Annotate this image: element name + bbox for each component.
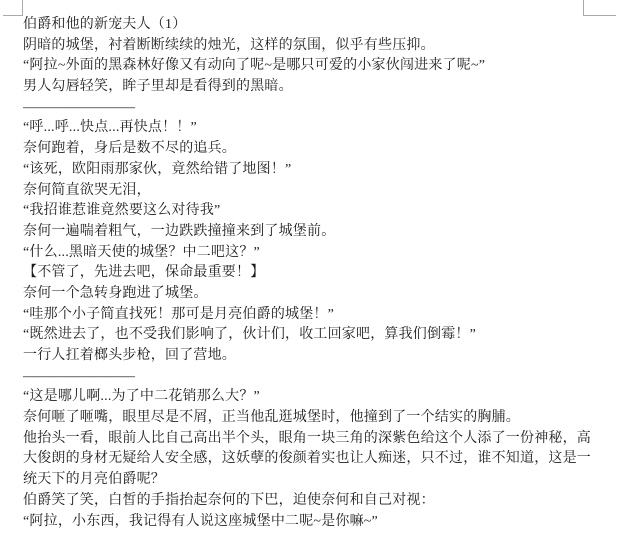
text-line[interactable]: “呼...呼...快点...再快点！！” — [23, 118, 598, 139]
text-line[interactable]: 他抬头一看，眼前人比自己高出半个头，眼角一块三角的深紫色给这个人添了一份神秘，高 — [23, 429, 598, 450]
text-line[interactable]: 阴暗的城堡，衬着断断续续的烛光，这样的氛围，似乎有些压抑。 — [23, 36, 598, 57]
text-line[interactable]: “阿拉，小东西，我记得有人说这座城堡中二呢~是你嘛~” — [23, 512, 598, 533]
margin-crop-mark-top-left-horizontal — [3, 15, 23, 16]
text-line[interactable]: 奈何一个急转身跑进了城堡。 — [23, 284, 598, 305]
text-line[interactable]: “该死，欧阳雨那家伙，竟然给错了地图！” — [23, 160, 598, 181]
text-line[interactable]: 奈何跑着，身后是数不尽的追兵。 — [23, 139, 598, 160]
section-separator[interactable]: ———————— — [23, 367, 598, 388]
text-line[interactable]: 【不管了，先进去吧，保命最重要！】 — [23, 263, 598, 284]
text-line[interactable]: 男人勾唇轻笑，眸子里却是看得到的黑暗。 — [23, 77, 598, 98]
text-line[interactable]: 奈何一遍喘着粗气，一边跌跌撞撞来到了城堡前。 — [23, 222, 598, 243]
text-line[interactable]: “哇那个小子简直找死！那可是月亮伯爵的城堡！” — [23, 305, 598, 326]
margin-crop-mark-top-right-vertical — [583, 0, 584, 15]
margin-crop-mark-top-left-vertical — [22, 0, 23, 15]
text-line[interactable]: “这是哪儿啊...为了中二花销那么大？” — [23, 387, 598, 408]
text-line[interactable]: 统天下的月亮伯爵呢？ — [23, 470, 598, 491]
text-line[interactable]: 奈何咂了咂嘴，眼里尽是不屑，正当他乱逛城堡时，他撞到了一个结实的胸脯。 — [23, 408, 598, 429]
chapter-title[interactable]: 伯爵和他的新宠夫人（1） — [23, 15, 598, 36]
text-line[interactable]: “我招谁惹谁竟然要这么对待我” — [23, 201, 598, 222]
text-line[interactable]: 伯爵笑了笑，白皙的手指抬起奈何的下巴，迫使奈何和自己对视： — [23, 491, 598, 512]
text-line[interactable]: “阿拉~外面的黑森林好像又有动向了呢~是哪只可爱的小家伙闯进来了呢~” — [23, 56, 598, 77]
text-line[interactable]: 一行人扛着榔头步枪，回了营地。 — [23, 346, 598, 367]
document-text-area[interactable]: 伯爵和他的新宠夫人（1） 阴暗的城堡，衬着断断续续的烛光，这样的氛围，似乎有些压… — [23, 15, 598, 532]
text-line[interactable]: 奈何简直欲哭无泪， — [23, 181, 598, 202]
section-separator[interactable]: ———————— — [23, 98, 598, 119]
text-line[interactable]: “什么...黑暗天使的城堡？中二吧这？” — [23, 243, 598, 264]
text-line[interactable]: “既然进去了，也不受我们影响了，伙计们，收工回家吧，算我们倒霉！” — [23, 325, 598, 346]
text-line[interactable]: 大俊朗的身材无疑给人安全感，这妖孽的俊颜着实也让人痴迷，只不过，谁不知道，这是一 — [23, 449, 598, 470]
